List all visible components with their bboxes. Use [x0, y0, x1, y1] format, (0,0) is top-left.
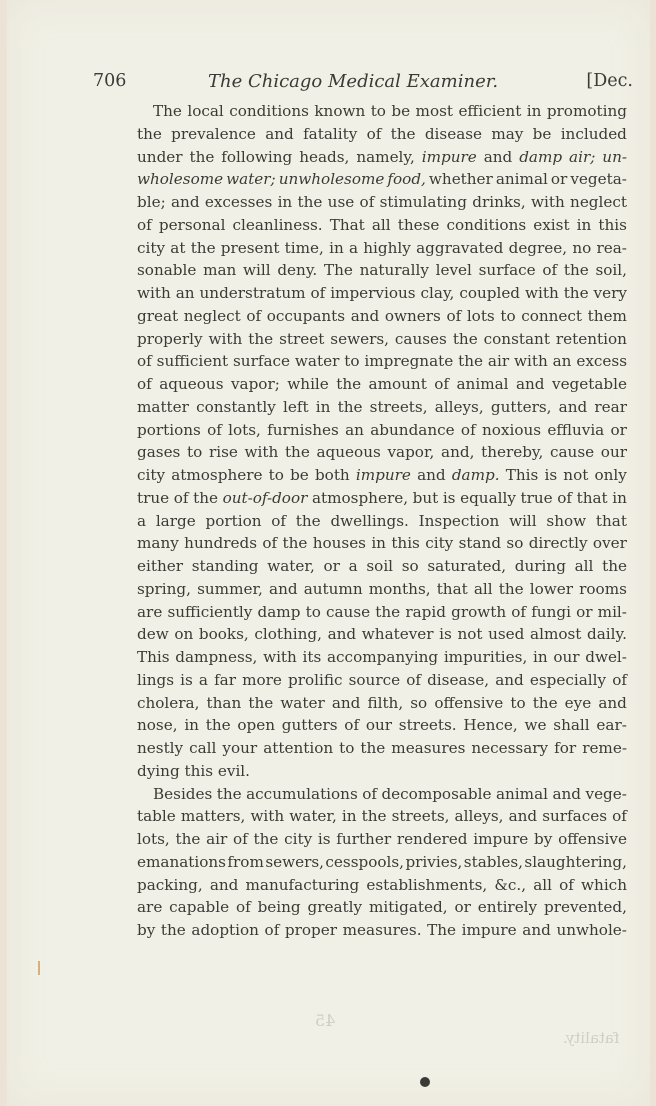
text-line: Thelocalconditionsknowntobemostefficient…	[137, 100, 627, 123]
text-line: greatneglectofoccupantsandownersoflotsto…	[137, 305, 627, 328]
text-line: theprevalenceandfatalityofthediseasemayb…	[137, 123, 627, 146]
ink-dot	[420, 1077, 430, 1087]
text-line: ofsufficientsurfacewatertoimpregnatethea…	[137, 350, 627, 373]
text-line: ofpersonalcleanliness.Thatallthesecondit…	[137, 214, 627, 237]
text-line: Thisdampness,withitsaccompanyingimpuriti…	[137, 646, 627, 669]
text-line: packing,andmanufacturingestablishments,&…	[137, 874, 627, 897]
text-line: sonablemanwilldeny.Thenaturallylevelsurf…	[137, 259, 627, 282]
margin-mark	[38, 961, 40, 975]
issue-month: [Dec.	[586, 71, 633, 91]
text-line: wholesomewater;unwholesomefood,whetheran…	[137, 168, 627, 191]
text-line: ble;andexcessesintheuseofstimulatingdrin…	[137, 191, 627, 214]
text-line: tablematters,withwater,inthestreets,alle…	[137, 805, 627, 828]
running-header: 706 The Chicago Medical Examiner. [Dec.	[93, 71, 633, 95]
text-line: Besidestheaccumulationsofdecomposableani…	[137, 783, 627, 806]
text-line: underthefollowingheads,namely,impureandd…	[137, 146, 627, 169]
text-line: aresufficientlydamptocausetherapidgrowth…	[137, 601, 627, 624]
text-line: nestlycallyourattentiontothemeasuresnece…	[137, 737, 627, 760]
text-line: cholera,thanthewaterandfilth,sooffensive…	[137, 692, 627, 715]
text-line: cityatthepresenttime,inahighlyaggravated…	[137, 237, 627, 260]
text-line: emanationsfromsewers,cesspools,privies,s…	[137, 851, 627, 874]
text-line: portionsoflots,furnishesanabundanceofnox…	[137, 419, 627, 442]
text-line: lots,theairofthecityisfurtherrenderedimp…	[137, 828, 627, 851]
text-line: nose,intheopenguttersofourstreets.Hence,…	[137, 714, 627, 737]
text-line: gasestorisewiththeaqueousvapor,and,there…	[137, 441, 627, 464]
text-line: dying this evil.	[137, 760, 627, 783]
bleed-through-page-number: 45	[315, 1011, 335, 1030]
text-line: arecapableofbeinggreatlymitigated,orenti…	[137, 896, 627, 919]
text-line: properlywiththestreetsewers,causesthecon…	[137, 328, 627, 351]
text-line: dewonbooks,clothing,andwhateverisnotused…	[137, 623, 627, 646]
document-page: 706 The Chicago Medical Examiner. [Dec. …	[7, 0, 650, 1106]
body-text: Thelocalconditionsknowntobemostefficient…	[137, 100, 627, 942]
text-line: cityatmospheretobebothimpureanddamp.This…	[137, 464, 627, 487]
text-line: manyhundredsofthehousesinthiscitystandso…	[137, 532, 627, 555]
text-line: eitherstandingwater,orasoilsosaturated,d…	[137, 555, 627, 578]
text-line: alargeportionofthedwellings.Inspectionwi…	[137, 510, 627, 533]
text-line: withanunderstratumofimperviousclay,coupl…	[137, 282, 627, 305]
text-line: ofaqueousvapor;whiletheamountofanimaland…	[137, 373, 627, 396]
text-line: matterconstantlyleftinthestreets,alleys,…	[137, 396, 627, 419]
text-line: bytheadoptionofpropermeasures.Theimpurea…	[137, 919, 627, 942]
text-line: lingsisafarmoreprolificsourceofdisease,a…	[137, 669, 627, 692]
page-number: 706	[93, 71, 126, 91]
journal-title: The Chicago Medical Examiner.	[208, 71, 498, 92]
bleed-through-text: fatality.	[563, 1029, 619, 1047]
text-line: spring,summer,andautumnmonths,thatallthe…	[137, 578, 627, 601]
text-line: trueoftheout-of-dooratmosphere,butisequa…	[137, 487, 627, 510]
